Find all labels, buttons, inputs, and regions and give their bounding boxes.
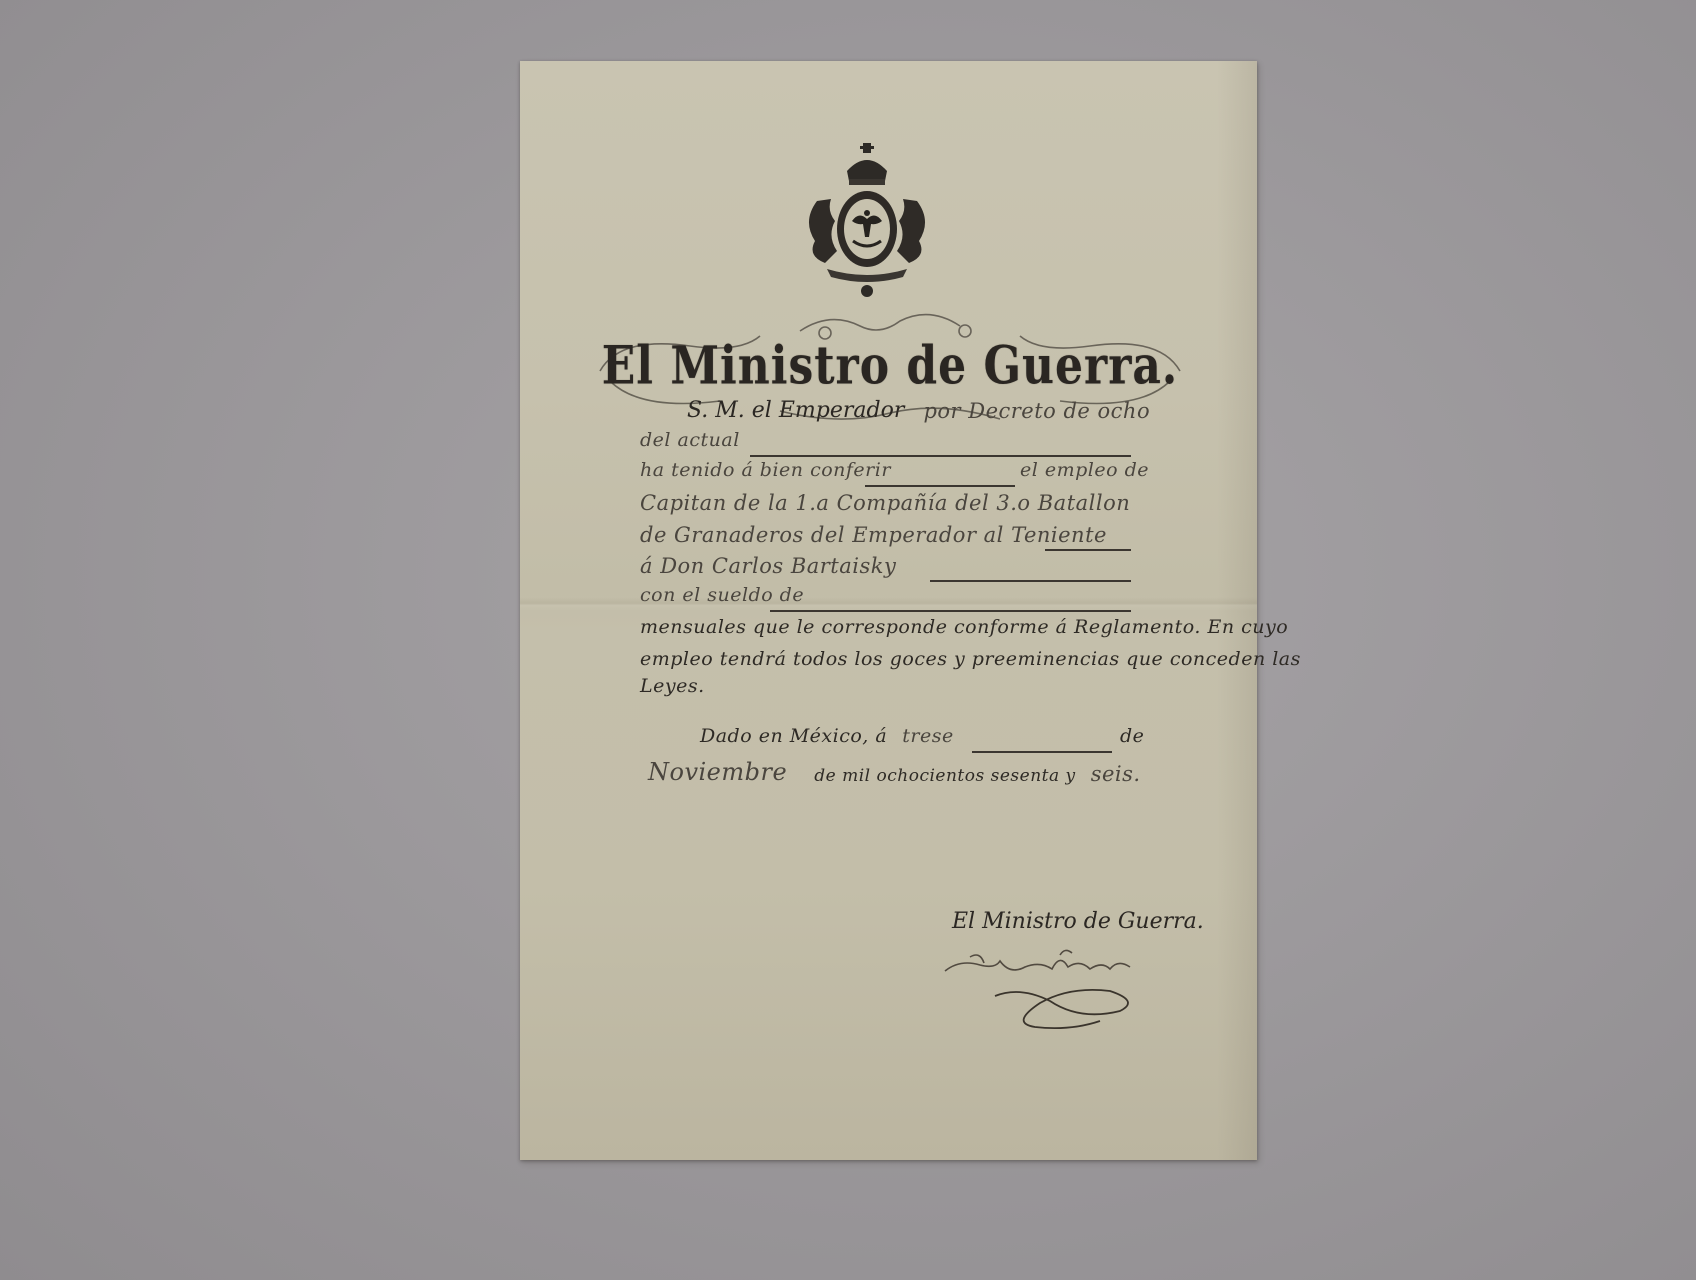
printed-text: Leyes. bbox=[640, 675, 705, 697]
printed-text: empleo tendrá todos los goces y preemine… bbox=[640, 648, 1301, 670]
printed-text: de bbox=[1120, 725, 1144, 747]
handwritten-day: trese bbox=[902, 725, 953, 747]
blank-rule bbox=[750, 455, 1131, 457]
printed-text: con el sueldo de bbox=[640, 584, 804, 606]
dated-line-2: Noviembre de mil ochocientos sesenta y s… bbox=[648, 758, 1148, 792]
body-line-5: de Granaderos del Emperador al Teniente bbox=[640, 523, 1131, 557]
handwritten-text: á Don Carlos Bartaisky bbox=[640, 554, 896, 578]
blank-rule bbox=[865, 485, 1015, 487]
body-line-1: S. M. el Emperador por Decreto de ocho bbox=[687, 398, 1127, 432]
body-line-6: á Don Carlos Bartaisky bbox=[640, 554, 1131, 588]
printed-text: mensuales que le corresponde conforme á … bbox=[640, 616, 1288, 638]
printed-text: de mil ochocientos sesenta y bbox=[814, 766, 1075, 786]
body-line-2: del actual bbox=[640, 429, 1131, 463]
handwritten-text: Capitan de la 1.a Compañía del 3.o Batal… bbox=[640, 491, 1130, 515]
body-line-8: mensuales que le corresponde conforme á … bbox=[640, 616, 1140, 650]
signature-title: El Ministro de Guerra. bbox=[952, 909, 1204, 934]
body-line-3: ha tenido á bien conferir el empleo de bbox=[640, 459, 1131, 493]
document-paper: El Ministro de Guerra. S. M. el Emperado… bbox=[520, 61, 1257, 1160]
blank-rule bbox=[972, 751, 1112, 753]
signature: Ramon Tabera bbox=[940, 941, 1150, 1036]
body-line-4: Capitan de la 1.a Compañía del 3.o Batal… bbox=[640, 491, 1131, 525]
paper-shadow bbox=[1217, 61, 1257, 1160]
heading-text: El Ministro de Guerra. bbox=[580, 336, 1200, 396]
blank-rule bbox=[1045, 549, 1131, 551]
handwritten-month: Noviembre bbox=[648, 758, 787, 786]
handwritten-text: por Decreto de ocho bbox=[923, 399, 1150, 423]
printed-text: Dado en México, á bbox=[700, 725, 887, 747]
dated-line-1: Dado en México, á trese de bbox=[700, 725, 1140, 759]
handwritten-text: del actual bbox=[640, 429, 740, 451]
imperial-coat-of-arms-icon bbox=[797, 141, 937, 301]
printed-text: S. M. el Emperador bbox=[687, 398, 904, 423]
blank-rule bbox=[770, 610, 1131, 612]
handwritten-year: seis. bbox=[1091, 762, 1141, 786]
body-line-10: Leyes. bbox=[640, 675, 840, 709]
blank-rule bbox=[930, 580, 1131, 582]
body-line-7: con el sueldo de bbox=[640, 584, 1131, 618]
handwritten-text: de Granaderos del Emperador al Teniente bbox=[640, 523, 1107, 547]
printed-text: el empleo de bbox=[1020, 459, 1149, 481]
printed-text: ha tenido á bien conferir bbox=[640, 459, 891, 481]
